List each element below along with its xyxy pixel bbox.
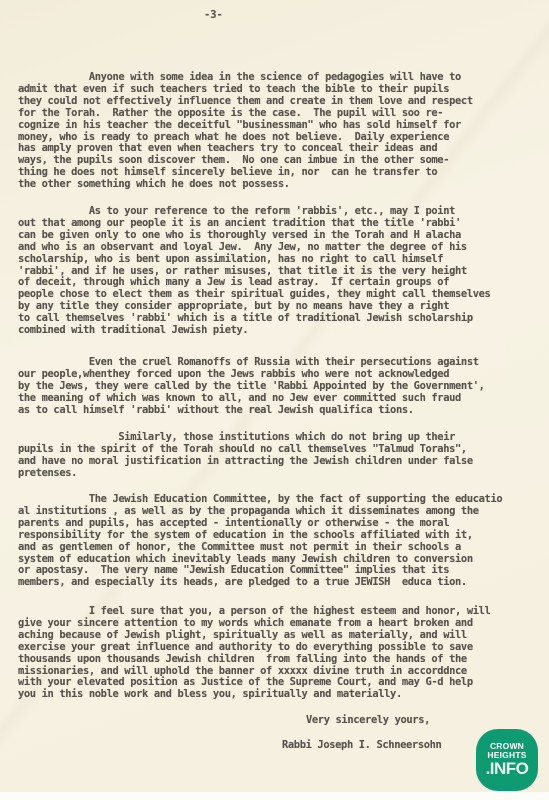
paragraph-appeal: I feel sure that you, a person of the hi… xyxy=(18,606,490,701)
text-line: pretenses. xyxy=(18,468,473,480)
text-line: and have no moral justification in attra… xyxy=(18,456,473,468)
closing-salutation: Very sincerely yours, xyxy=(306,715,430,727)
text-line: responsibility for the system of educati… xyxy=(18,530,502,542)
signature-name: Rabbi Joseph I. Schneersohn xyxy=(282,740,441,752)
text-line: aching because of Jewish plight, spiritu… xyxy=(18,630,490,642)
text-line: scholarship, who is bent upon assimilati… xyxy=(18,254,490,266)
text-line: you in this noble work and bless you, sp… xyxy=(18,689,490,701)
page-bottom-edge xyxy=(0,792,549,800)
text-line: the other something which he does not po… xyxy=(18,179,473,191)
text-line: members, and especially its heads, are p… xyxy=(18,577,502,589)
text-line: the meaning of which was known to all, a… xyxy=(18,393,485,405)
text-line: can be given only to one who is thorough… xyxy=(18,230,490,242)
text-line: exercise your great influence and author… xyxy=(18,642,490,654)
paragraph-talmud-torahs: Similarly, those institutions which do n… xyxy=(18,432,473,480)
text-line: for the Torah. Rather the opposite is th… xyxy=(18,108,473,120)
paragraph-reform-rabbis: As to your reference to the reform 'rabb… xyxy=(18,206,490,337)
paragraph-romanoffs: Even the cruel Romanoffs of Russia with … xyxy=(18,357,485,417)
text-line: by the Jews, they were called by the tit… xyxy=(18,381,485,393)
text-line: and as gentlemen of honor, the Committee… xyxy=(18,542,502,554)
text-line: thousands upon thousands Jewish children… xyxy=(18,654,490,666)
crownheights-logo: CROWN HEIGHTS .INFO xyxy=(476,729,538,791)
page-number: -3- xyxy=(204,10,223,22)
letter-page: -3- Anyone with some idea in the science… xyxy=(0,0,549,792)
paragraph-pedagogies: Anyone with some idea in the science of … xyxy=(18,72,473,191)
text-line: as to call himself 'rabbi' without the r… xyxy=(18,405,485,417)
text-line: cognize in his teacher the deceitful "bu… xyxy=(18,120,473,132)
text-line: combined with traditional Jewish piety. xyxy=(18,325,490,337)
paragraph-education-committee: The Jewish Education Committee, by the f… xyxy=(18,494,502,589)
text-line: and who is an observant and loyal Jew. A… xyxy=(18,242,490,254)
text-line: they could not effectively influence the… xyxy=(18,96,473,108)
text-line: parents and pupils, has accepted - inten… xyxy=(18,518,502,530)
logo-line-3: .INFO xyxy=(486,760,529,778)
